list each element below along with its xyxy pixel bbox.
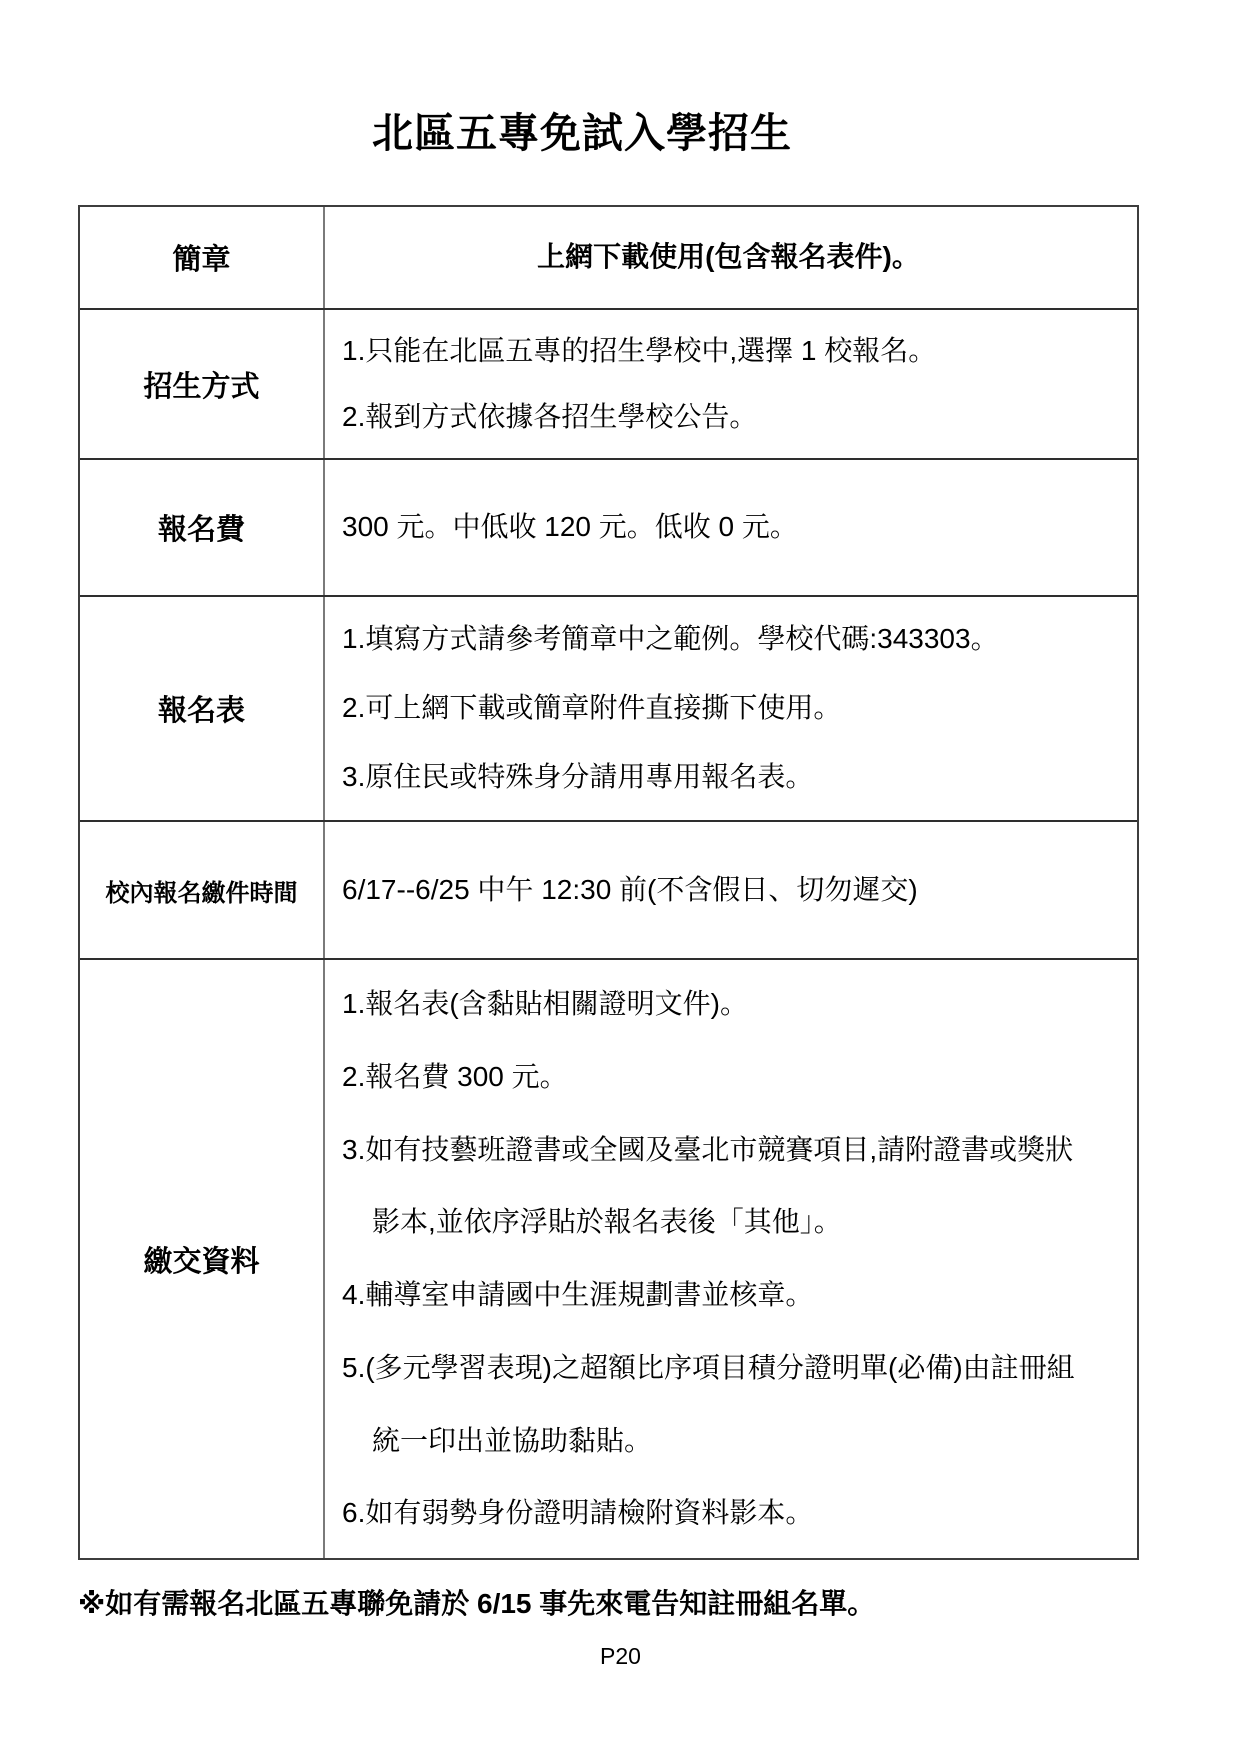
cell-line: 5.(多元學習表現)之超額比序項目積分證明單(必備)由註冊組 (342, 1350, 1075, 1386)
table-row-brochure: 簡章 上網下載使用(包含報名表件)。 (80, 207, 1137, 310)
cell-line: 2.報名費 300 元。 (342, 1059, 568, 1095)
row-label: 校內報名繳件時間 (80, 822, 325, 958)
cell-line: 1.填寫方式請參考簡章中之範例。學校代碼:343303。 (342, 621, 999, 657)
table-row-admission-method: 招生方式 1.只能在北區五專的招生學校中,選擇 1 校報名。 2.報到方式依據各… (80, 310, 1137, 460)
cell-line: 6.如有弱勢身份證明請檢附資料影本。 (342, 1495, 813, 1531)
row-value: 300 元。中低收 120 元。低收 0 元。 (325, 460, 1137, 595)
row-label: 簡章 (80, 207, 325, 308)
table-row-registration-form: 報名表 1.填寫方式請參考簡章中之範例。學校代碼:343303。 2.可上網下載… (80, 597, 1137, 822)
row-label: 繳交資料 (80, 960, 325, 1558)
cell-line: 3.如有技藝班證書或全國及臺北市競賽項目,請附證書或獎狀 (342, 1132, 1073, 1168)
cell-line: 統一印出並協助黏貼。 (342, 1423, 652, 1459)
cell-line: 300 元。中低收 120 元。低收 0 元。 (342, 509, 798, 545)
cell-line: 4.輔導室申請國中生涯規劃書並核章。 (342, 1277, 813, 1313)
row-value: 上網下載使用(包含報名表件)。 (325, 207, 1137, 308)
page-number: P20 (0, 1643, 1241, 1670)
row-label: 報名表 (80, 597, 325, 820)
cell-line: 6/17--6/25 中午 12:30 前(不含假日、切勿遲交) (342, 872, 918, 908)
cell-line: 3.原住民或特殊身分請用專用報名表。 (342, 759, 813, 795)
cell-line: 影本,並依序浮貼於報名表後「其他」。 (342, 1204, 842, 1240)
cell-line: 2.可上網下載或簡章附件直接撕下使用。 (342, 690, 841, 726)
cell-line: 1.報名表(含黏貼相關證明文件)。 (342, 986, 748, 1022)
table-row-required-documents: 繳交資料 1.報名表(含黏貼相關證明文件)。 2.報名費 300 元。 3.如有… (80, 960, 1137, 1558)
row-label: 報名費 (80, 460, 325, 595)
document-page: 北區五專免試入學招生 簡章 上網下載使用(包含報名表件)。 招生方式 1.只能在… (0, 0, 1241, 1755)
cell-line: 2.報到方式依據各招生學校公告。 (342, 399, 757, 435)
row-value: 1.填寫方式請參考簡章中之範例。學校代碼:343303。 2.可上網下載或簡章附… (325, 597, 1137, 820)
row-label: 招生方式 (80, 310, 325, 458)
table-row-fee: 報名費 300 元。中低收 120 元。低收 0 元。 (80, 460, 1137, 597)
row-value: 1.報名表(含黏貼相關證明文件)。 2.報名費 300 元。 3.如有技藝班證書… (325, 960, 1137, 1558)
cell-line: 1.只能在北區五專的招生學校中,選擇 1 校報名。 (342, 333, 936, 369)
row-value: 6/17--6/25 中午 12:30 前(不含假日、切勿遲交) (325, 822, 1137, 958)
row-value: 1.只能在北區五專的招生學校中,選擇 1 校報名。 2.報到方式依據各招生學校公… (325, 310, 1137, 458)
page-title: 北區五專免試入學招生 (0, 100, 1164, 159)
cell-line: 上網下載使用(包含報名表件)。 (537, 239, 920, 275)
footnote: ※如有需報名北區五專聯免請於 6/15 事先來電告知註冊組名單。 (78, 1582, 875, 1622)
table-row-submission-time: 校內報名繳件時間 6/17--6/25 中午 12:30 前(不含假日、切勿遲交… (80, 822, 1137, 960)
admission-info-table: 簡章 上網下載使用(包含報名表件)。 招生方式 1.只能在北區五專的招生學校中,… (78, 205, 1139, 1560)
